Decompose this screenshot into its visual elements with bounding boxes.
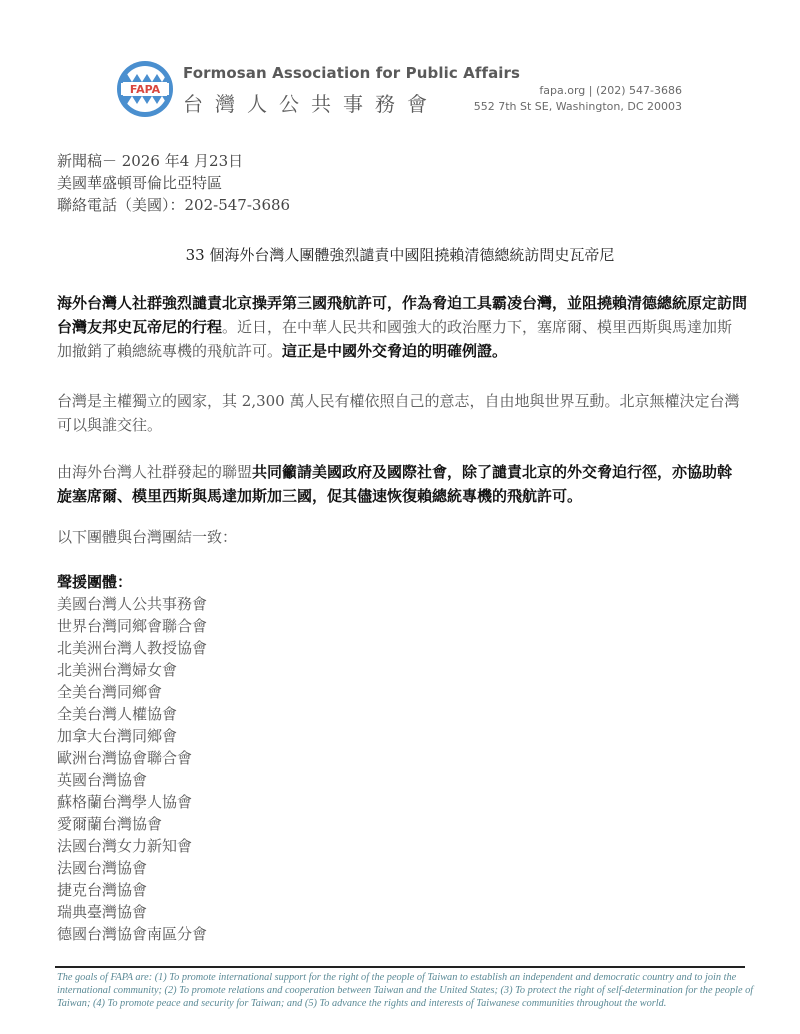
list-item: 北美洲台灣婦女會 [57, 659, 207, 681]
paragraph-1: 海外台灣人社群強烈譴責北京操弄第三國飛航許可，作為脅迫工具霸凌台灣，並阻撓賴清德… [57, 291, 747, 363]
release-location: 美國華盛頓哥倫比亞特區 [57, 172, 290, 194]
list-item: 世界台灣同鄉會聯合會 [57, 615, 207, 637]
paragraph-3: 由海外台灣人社群發起的聯盟共同籲請美國政府及國際社會，除了譴責北京的外交脅迫行徑… [57, 460, 747, 508]
contact-block: fapa.org | (202) 547-3686 552 7th St SE,… [474, 83, 682, 115]
paragraph-2: 台灣是主權獨立的國家，其 2,300 萬人民有權依照自己的意志，自由地與世界互動… [57, 389, 747, 437]
letterhead: FAPA Formosan Association for Public Aff… [0, 0, 800, 130]
list-item: 英國台灣協會 [57, 769, 207, 791]
list-item: 美國台灣人公共事務會 [57, 593, 207, 615]
p3-body: 由海外台灣人社群發起的聯盟 [57, 463, 252, 481]
supporting-organizations: 聲援團體： 美國台灣人公共事務會 世界台灣同鄉會聯合會 北美洲台灣人教授協會 北… [57, 571, 207, 945]
contact-address: 552 7th St SE, Washington, DC 20003 [474, 99, 682, 115]
svg-text:FAPA: FAPA [130, 83, 161, 96]
org-name-zh: 台灣人公共事務會 [183, 88, 439, 117]
list-item: 加拿大台灣同鄉會 [57, 725, 207, 747]
fapa-logo-icon: FAPA [116, 60, 174, 118]
footer-divider [55, 966, 745, 968]
paragraph-4: 以下團體與台灣團結一致： [57, 525, 747, 549]
supporters-list: 美國台灣人公共事務會 世界台灣同鄉會聯合會 北美洲台灣人教授協會 北美洲台灣婦女… [57, 593, 207, 945]
fapa-goals-footer: The goals of FAPA are: (1) To promote in… [57, 971, 757, 1010]
release-date: 新聞稿－ 2026 年4 月23日 [57, 150, 290, 172]
list-item: 歐洲台灣協會聯合會 [57, 747, 207, 769]
contact-web-phone: fapa.org | (202) 547-3686 [474, 83, 682, 99]
list-item: 法國台灣女力新知會 [57, 835, 207, 857]
headline: 33 個海外台灣人團體強烈譴責中國阻撓賴清德總統訪問史瓦帝尼 [0, 244, 800, 265]
list-item: 北美洲台灣人教授協會 [57, 637, 207, 659]
list-item: 德國台灣協會南區分會 [57, 923, 207, 945]
list-item: 全美台灣人權協會 [57, 703, 207, 725]
list-item: 瑞典臺灣協會 [57, 901, 207, 923]
list-item: 蘇格蘭台灣學人協會 [57, 791, 207, 813]
list-item: 愛爾蘭台灣協會 [57, 813, 207, 835]
list-item: 全美台灣同鄉會 [57, 681, 207, 703]
contact-phone: 聯絡電話（美國）：202-547-3686 [57, 194, 290, 216]
supporters-title: 聲援團體： [57, 571, 207, 593]
list-item: 捷克台灣協會 [57, 879, 207, 901]
p1-bold-conclusion: 這正是中國外交脅迫的明確例證。 [282, 342, 507, 360]
list-item: 法國台灣協會 [57, 857, 207, 879]
press-release-meta: 新聞稿－ 2026 年4 月23日 美國華盛頓哥倫比亞特區 聯絡電話（美國）：2… [57, 150, 290, 216]
org-name-en: Formosan Association for Public Affairs [183, 64, 520, 82]
